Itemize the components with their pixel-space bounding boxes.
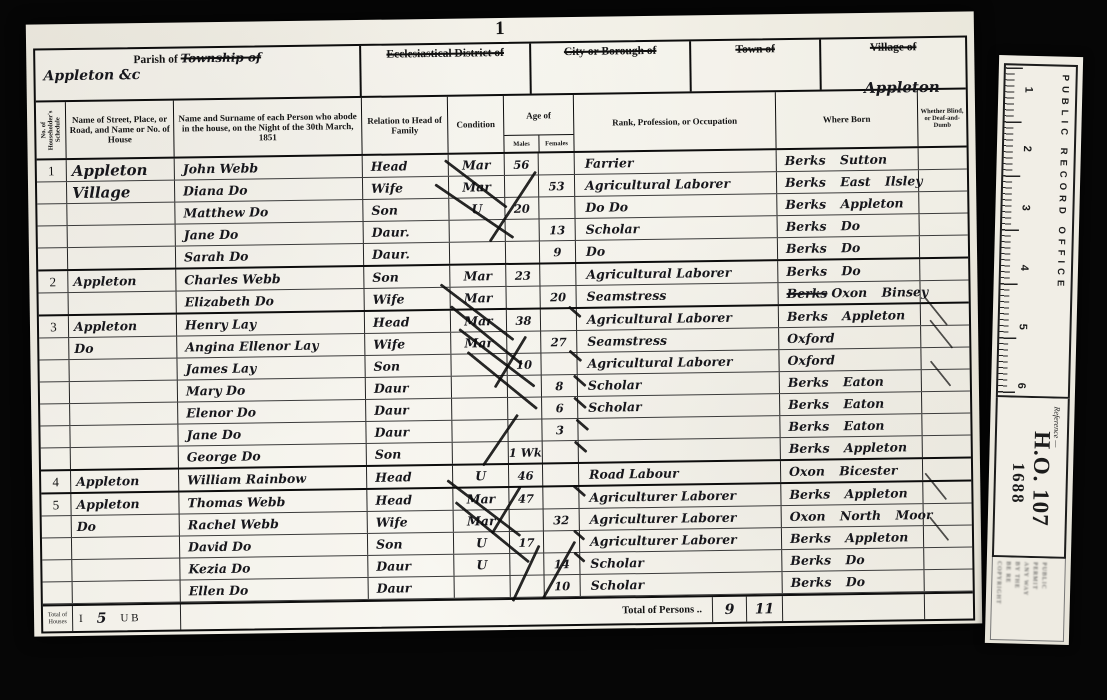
cell-relation: Son — [363, 199, 449, 221]
cell-age-male — [506, 286, 540, 307]
ecclesiastical-label: Ecclesiastical District of — [386, 47, 504, 61]
census-rows: 1 Appleton John Webb Head Mar 56 Farrier… — [37, 148, 973, 605]
cell-age-male: 17 — [510, 531, 544, 552]
cell-schedule-number — [42, 538, 72, 559]
cell-age-female: 32 — [544, 509, 580, 531]
census-document-sheet: 1 Parish of Township of Appleton &c Eccl… — [26, 11, 982, 636]
cell-age-male: 10 — [507, 353, 541, 374]
total-houses-label: Total of Houses — [43, 606, 73, 631]
total-persons-males: 9 — [713, 597, 747, 622]
cell-relation: Wife — [364, 288, 450, 310]
cell-age-male — [510, 509, 544, 530]
column-condition: Condition — [448, 96, 505, 153]
cell-age-male: 38 — [507, 309, 541, 330]
fine-print-line: COPYRIGHT — [994, 561, 1002, 635]
cell-occupation: Agricultural Laborer — [575, 172, 777, 196]
cell-condition: Mar — [450, 265, 506, 287]
fine-print-line: PERMIT — [1030, 562, 1038, 636]
cell-disability — [919, 192, 967, 214]
cell-relation: Son — [367, 443, 453, 465]
cell-schedule-number — [40, 426, 70, 447]
ruler-number: 3 — [1019, 205, 1031, 211]
cell-where-born: Oxford — [779, 348, 921, 371]
cell-where-born: Berks Appleton — [781, 436, 923, 459]
cell-relation: Wife — [363, 177, 449, 199]
column-disability: Whether Blind, or Deaf-and-Dumb — [918, 90, 967, 147]
ruler-number: 6 — [1015, 382, 1027, 388]
cell-person-name: Henry Lay — [177, 312, 365, 336]
cell-occupation: Scholar — [581, 572, 783, 596]
cell-person-name: Charles Webb — [176, 267, 364, 291]
cell-condition: U — [449, 198, 505, 220]
cell-disability — [919, 170, 967, 192]
cell-age-male: 20 — [505, 197, 539, 218]
cell-address: Appleton — [71, 470, 179, 493]
cell-person-name: Jane Do — [176, 222, 364, 246]
cell-condition — [453, 442, 509, 464]
cell-age-male: 23 — [506, 264, 540, 285]
cell-condition — [452, 376, 508, 398]
cell-age-female — [543, 487, 579, 509]
cell-age-female: 13 — [540, 219, 576, 241]
cell-schedule-number: 3 — [39, 316, 69, 337]
ruler-number: 4 — [1018, 264, 1030, 270]
houses-inhabited-label: I — [79, 612, 83, 624]
cell-address — [67, 203, 175, 226]
cell-disability — [924, 525, 972, 547]
cell-person-name: Sarah Do — [176, 244, 364, 268]
village-value-handwriting: Appleton — [864, 78, 940, 97]
cell-occupation: Agricultural Laborer — [577, 306, 779, 330]
town-header-cell: Town of — [691, 40, 822, 92]
cell-person-name: George Do — [179, 444, 367, 468]
column-occupation: Rank, Profession, or Occupation — [574, 92, 777, 151]
cell-age-male: 46 — [509, 464, 543, 485]
cell-disability — [921, 304, 969, 326]
cell-person-name: William Rainbow — [179, 467, 367, 491]
cell-relation: Head — [367, 489, 453, 511]
cell-person-name: Kezia Do — [180, 556, 368, 580]
cell-age-female: 53 — [539, 175, 575, 197]
census-table: Parish of Township of Appleton &c Eccles… — [33, 36, 975, 634]
cell-disability — [921, 348, 969, 370]
cell-occupation: Scholar — [578, 394, 780, 418]
cell-address: Appleton — [68, 270, 176, 293]
cell-address — [69, 292, 177, 315]
parish-value-handwriting: Appleton &c — [43, 67, 140, 84]
cell-where-born: Berks Do — [782, 548, 924, 571]
cell-where-born: Oxon Bicester — [781, 459, 923, 482]
column-age: Age of Males Females — [504, 95, 575, 152]
parish-header-cell: Parish of Township of Appleton &c — [35, 46, 362, 101]
cell-relation: Wife — [365, 333, 451, 355]
cell-occupation: Agriculturer Laborer — [580, 528, 782, 552]
reference-section: Reference — H.O. 107 1688 — [992, 397, 1070, 559]
fine-print-line: PUBLIC — [1039, 562, 1047, 636]
cell-condition: U — [453, 465, 509, 487]
cell-occupation: Agriculturer Laborer — [580, 506, 782, 530]
cell-person-name: Ellen Do — [181, 578, 369, 602]
cell-occupation: Road Labour — [579, 461, 781, 485]
cell-disability — [920, 236, 968, 258]
ruler-number: 1 — [1022, 87, 1034, 93]
cell-where-born: Berks Do — [782, 570, 924, 593]
cell-relation: Head — [365, 311, 451, 333]
cell-address — [68, 247, 176, 270]
cell-occupation — [578, 416, 780, 440]
cell-schedule-number — [40, 404, 70, 425]
cell-schedule-number — [39, 338, 69, 359]
cell-condition: Mar — [451, 310, 507, 332]
cell-schedule-number — [37, 182, 67, 203]
parish-label: Parish of — [133, 54, 178, 67]
cell-person-name: David Do — [180, 534, 368, 558]
cell-person-name: Rachel Webb — [180, 512, 368, 536]
cell-address — [69, 359, 177, 382]
cell-relation: Wife — [368, 511, 454, 533]
cell-age-female: 14 — [544, 553, 580, 575]
cell-address: Appleton — [71, 493, 179, 516]
cell-relation: Daur — [369, 577, 455, 599]
cell-person-name: Diana Do — [175, 178, 363, 202]
cell-schedule-number: 4 — [41, 471, 71, 492]
cell-condition: Mar — [449, 176, 505, 198]
cell-schedule-number — [39, 360, 69, 381]
cell-disability — [920, 259, 968, 281]
cell-occupation: Farrier — [575, 150, 777, 174]
cell-age-female: 3 — [542, 419, 578, 441]
village-label: Village of — [870, 41, 917, 54]
cell-occupation: Agricultural Laborer — [577, 350, 779, 374]
cell-disability — [924, 503, 972, 525]
cell-disability — [920, 214, 968, 236]
cell-occupation: Scholar — [580, 550, 782, 574]
cell-person-name: Elenor Do — [178, 400, 366, 424]
cell-address — [71, 447, 179, 470]
cell-age-female: 9 — [540, 241, 576, 263]
cell-disability — [924, 569, 972, 591]
cell-condition — [452, 398, 508, 420]
cell-disability — [921, 326, 969, 348]
cell-age-female — [541, 353, 577, 375]
cell-age-female — [539, 153, 575, 175]
cell-occupation: Do Do — [575, 194, 777, 218]
cell-address — [72, 559, 180, 582]
cell-address — [70, 381, 178, 404]
cell-condition: Mar — [453, 488, 509, 510]
column-age-label: Age of — [504, 95, 574, 136]
cell-age-female — [540, 264, 576, 286]
cell-occupation: Scholar — [578, 372, 780, 396]
total-persons-females: 11 — [747, 596, 783, 622]
cell-age-male — [507, 331, 541, 352]
village-header-cell: Village of Appleton — [821, 38, 966, 90]
column-age-females: Females — [539, 135, 573, 151]
cell-condition: U — [454, 532, 510, 554]
cell-occupation: Do — [576, 238, 778, 262]
cell-address — [73, 581, 181, 604]
cell-occupation — [579, 438, 781, 462]
cell-age-female: 20 — [540, 286, 576, 308]
cell-schedule-number: 1 — [37, 160, 67, 181]
cell-where-born: BerksOxon Binsey — [778, 281, 920, 304]
cell-schedule-number — [42, 560, 72, 581]
cell-where-born: Berks Appleton — [779, 304, 921, 327]
cell-address — [68, 225, 176, 248]
public-record-office-label: PUBLIC RECORD OFFICE — [1054, 75, 1070, 292]
column-where-born: Where Born — [776, 90, 919, 148]
cell-where-born: Oxon North Moor — [782, 504, 924, 527]
cell-condition: U — [454, 554, 510, 576]
cell-schedule-number — [41, 448, 71, 469]
cell-condition: Mar — [454, 510, 510, 532]
cell-person-name: John Webb — [175, 156, 363, 180]
cell-disability — [922, 370, 970, 392]
city-borough-header-cell: City or Borough of — [531, 41, 692, 93]
cell-address: Do — [69, 337, 177, 360]
cell-condition: Mar — [450, 287, 506, 309]
cell-person-name: James Lay — [177, 356, 365, 380]
column-age-males: Males — [504, 135, 539, 151]
column-schedule: No. of Householder's Schedule — [36, 102, 67, 158]
cell-schedule-number — [39, 293, 69, 314]
cell-condition — [450, 242, 506, 264]
houses-inhabited-value: 5 — [97, 610, 107, 626]
cell-age-male — [506, 241, 540, 262]
cell-schedule-number: 5 — [41, 494, 71, 515]
cell-schedule-number — [40, 382, 70, 403]
column-street: Name of Street, Place, or Road, and Name… — [66, 101, 175, 159]
cell-person-name: Thomas Webb — [179, 490, 367, 514]
cell-where-born: Berks Do — [778, 236, 920, 259]
cell-disability — [923, 458, 971, 480]
cell-disability — [923, 481, 971, 503]
cell-schedule-number — [43, 582, 73, 603]
cell-age-female — [544, 531, 580, 553]
cell-where-born: Berks Appleton — [782, 526, 924, 549]
reference-piece-number: 1688 — [1007, 462, 1028, 504]
fine-print-line: ANY WAY — [1021, 562, 1029, 636]
cell-where-born: Berks Eaton — [780, 392, 922, 415]
pro-ruler-strip: 123456 PUBLIC RECORD OFFICE Reference — … — [985, 55, 1083, 645]
cell-person-name: Angina Ellenor Lay — [177, 334, 365, 358]
cell-age-male — [511, 575, 545, 596]
cell-age-female: 6 — [542, 397, 578, 419]
cell-address — [70, 403, 178, 426]
cell-age-male: 56 — [505, 153, 539, 174]
cell-disability — [922, 413, 970, 435]
cell-relation: Daur. — [364, 221, 450, 243]
cell-relation: Daur — [368, 555, 454, 577]
cell-address: Do — [72, 515, 180, 538]
total-houses-value: I 5 U B — [73, 605, 181, 632]
fine-print-line: BE RE — [1003, 561, 1011, 635]
cell-age-female — [543, 441, 579, 463]
cell-age-male — [508, 375, 542, 396]
cell-person-name: Jane Do — [178, 422, 366, 446]
cell-occupation: Agriculturer Laborer — [579, 484, 781, 508]
cell-where-born: Berks Sutton — [777, 148, 919, 171]
cell-relation: Daur — [366, 377, 452, 399]
scanned-census-page: { "page_number": "1", "form_header": { "… — [0, 0, 1107, 700]
cell-age-female — [541, 309, 577, 331]
houses-uninhabited-building-labels: U B — [120, 612, 138, 624]
cell-relation: Daur — [366, 421, 452, 443]
cell-disability — [923, 435, 971, 457]
total-born-blank — [783, 594, 925, 621]
column-name: Name and Surname of each Person who abod… — [174, 98, 363, 157]
column-relation: Relation to Head of Family — [362, 97, 449, 154]
cell-relation: Head — [367, 466, 453, 488]
cell-disability — [922, 392, 970, 414]
cell-where-born: Berks Do — [778, 259, 920, 282]
city-borough-label: City or Borough of — [564, 45, 657, 58]
cell-age-female: 10 — [545, 575, 581, 597]
cell-where-born: Berks Do — [778, 214, 920, 237]
cell-person-name: Elizabeth Do — [177, 289, 365, 313]
cell-relation: Daur — [366, 399, 452, 421]
cell-occupation: Agricultural Laborer — [576, 261, 778, 285]
fine-print-line: BY THE — [1012, 562, 1020, 636]
ecclesiastical-header-cell: Ecclesiastical District of — [361, 44, 532, 96]
cell-person-name: Mary Do — [178, 378, 366, 402]
total-disability-blank — [925, 593, 973, 619]
cell-age-female — [543, 464, 579, 486]
cell-occupation: Seamstress — [577, 328, 779, 352]
cell-relation: Daur. — [364, 243, 450, 265]
cell-where-born: Berks Eaton — [780, 414, 922, 437]
cell-where-born: Oxford — [779, 326, 921, 349]
cell-age-male — [508, 419, 542, 440]
ruler-scale-section: 123456 PUBLIC RECORD OFFICE — [996, 63, 1078, 399]
total-persons-label: Total of Persons .. — [181, 597, 713, 629]
fine-print-section: COPYRIGHTBE REBY THEANY WAYPERMITPUBLIC — [990, 557, 1066, 642]
cell-schedule-number — [38, 226, 68, 247]
cell-schedule-number: 2 — [38, 271, 68, 292]
cell-condition: Mar — [451, 332, 507, 354]
cell-relation: Son — [364, 266, 450, 288]
cell-relation: Head — [363, 155, 449, 177]
town-label: Town of — [735, 43, 775, 56]
cell-where-born: Berks Appleton — [777, 192, 919, 215]
cell-where-born: Berks Appleton — [781, 482, 923, 505]
parish-struck-text: Township of — [181, 50, 262, 65]
cell-condition: Mar — [449, 154, 505, 176]
cell-age-male — [508, 397, 542, 418]
cell-occupation: Seamstress — [576, 283, 778, 307]
ruler-number: 2 — [1021, 146, 1033, 152]
cell-address: Appleton — [69, 315, 177, 338]
cell-age-female: 27 — [541, 331, 577, 353]
cell-schedule-number — [38, 248, 68, 269]
cell-address — [72, 537, 180, 560]
cell-address — [70, 425, 178, 448]
cell-where-born: Berks East Ilsley — [777, 170, 919, 193]
cell-condition — [455, 576, 511, 598]
cell-age-male: 1 Wk — [509, 441, 543, 462]
cell-address: Village — [67, 181, 175, 204]
cell-address: Appleton — [67, 159, 175, 182]
ruler-number: 5 — [1017, 323, 1029, 329]
cell-relation: Son — [365, 355, 451, 377]
cell-age-male — [510, 553, 544, 574]
reference-label: Reference — — [1052, 406, 1062, 447]
cell-condition — [452, 420, 508, 442]
cell-relation: Son — [368, 533, 454, 555]
cell-where-born: Berks Eaton — [780, 370, 922, 393]
cell-condition — [450, 220, 506, 242]
cell-age-male — [506, 219, 540, 240]
cell-disability — [919, 148, 967, 170]
cell-person-name: Matthew Do — [175, 200, 363, 224]
cell-disability — [924, 547, 972, 569]
cell-disability — [920, 281, 968, 303]
cell-occupation: Scholar — [576, 216, 778, 240]
cell-condition — [451, 354, 507, 376]
cell-age-female — [539, 197, 575, 219]
cell-age-male — [505, 175, 539, 196]
cell-schedule-number — [37, 204, 67, 225]
cell-age-female: 8 — [542, 375, 578, 397]
cell-age-male: 47 — [509, 487, 543, 508]
cell-schedule-number — [42, 516, 72, 537]
